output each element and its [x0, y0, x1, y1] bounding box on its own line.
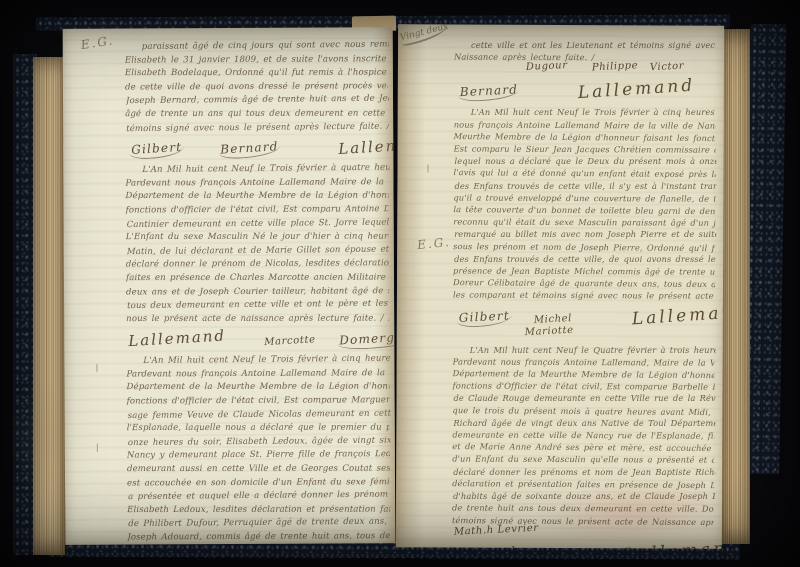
page-edge-stack-left — [33, 57, 65, 555]
handwritten-line: et de Marie Anne André ses père et mère,… — [452, 440, 714, 454]
signature-domergues: Domergues — [337, 329, 395, 351]
register-photograph: E.G. paraissant âgé de cinq jours qui so… — [0, 0, 800, 567]
handwritten-line: L'An Mil huit cent Neuf le Trois février… — [127, 353, 390, 369]
signature-philippe: Philippe — [589, 60, 640, 75]
handwritten-line: déclaré donner le prénom de Nicolas, les… — [126, 257, 389, 272]
left-page-content: paraissant âgé de cinq jours qui sont av… — [63, 27, 396, 545]
handwritten-line: Elisabeth Bodelaque, Ordonné qu'il fut r… — [125, 67, 388, 81]
handwritten-line: de Claude Rouge demeurante en cette Vill… — [454, 393, 716, 405]
handwritten-line: L'An Mil huit cent Neuf le Trois février… — [126, 162, 389, 178]
signature-gilbert: Gilbert — [129, 140, 185, 160]
handwritten-line: âgé de trente un ans qui tous deux demeu… — [125, 108, 388, 122]
handwritten-line: Matin, de lui déclarant et de Marie Gill… — [127, 243, 390, 259]
signature-bernard: Bernard — [218, 139, 281, 160]
handwritten-line: que le trois du présent mois à quatre he… — [452, 404, 714, 418]
signature-row: Dugour Philippe Victor — [524, 61, 716, 75]
handwritten-line: fonctions d'officier de l'état civil, Es… — [127, 394, 390, 409]
signature-lallemand: Lallemand — [126, 327, 229, 353]
act-paragraph: L'An Mil huit cent Neuf le Trois février… — [126, 353, 390, 544]
handwritten-line: l'avis qui lui a été donné qu'un enfant … — [453, 166, 715, 180]
signature-row: Gilbert Michel Lallemand — [457, 304, 715, 327]
signature-bernard: Bernard — [457, 83, 520, 103]
handwritten-line: a présentée et auquel elle a déclaré don… — [128, 489, 391, 505]
handwritten-line: L'An Mil huit cent Neuf le Quatre févrie… — [454, 344, 716, 356]
act-paragraph: L'An Mil huit cent Neuf le Trois février… — [453, 106, 716, 302]
signature-row: Bernard Henrion Lallemand — [456, 540, 714, 548]
handwritten-line: les comparant et témoins signé avec nous… — [453, 289, 715, 302]
handwritten-line: sous les prénom et nom de Joseph Pierre,… — [453, 240, 715, 254]
handwritten-line: Doreur Célibataire âgé de quarante deux … — [453, 276, 715, 290]
act-paragraph: paraissant âgé de cinq jours qui sont av… — [125, 39, 388, 136]
handwritten-line: des Enfans trouvés de cette ville, de qu… — [454, 253, 716, 265]
handwritten-line: Nancy y demeurant place St. Pierre fille… — [127, 449, 390, 464]
handwritten-line: témoins signé avec nous le présent après… — [126, 120, 389, 136]
handwritten-line: Département de la Meurthe Membre de la L… — [126, 190, 389, 204]
handwritten-line: demeurant aussi en cette Ville et de Geo… — [127, 463, 390, 477]
right-page: Vingt deux E.G. cette ville et ont les L… — [396, 24, 724, 548]
signature-row: Bernard Lallemand — [458, 79, 716, 102]
handwritten-line: déclaré donner les prénoms et nom de Jea… — [453, 466, 715, 478]
handwritten-line: nous le présent acte de naissance après … — [126, 312, 389, 326]
signature-lallemand: Lallemand — [576, 76, 699, 106]
signature-lallemand: Lallemand — [336, 134, 395, 160]
handwritten-line: faites en présence de Charles Marcotte a… — [126, 272, 389, 286]
signature-marcotte: Marcotte — [262, 334, 318, 350]
handwritten-line: cette ville et ont les Lieutenant et tém… — [455, 39, 717, 51]
handwritten-line: paraissant âgé de cinq jours qui sont av… — [126, 39, 389, 55]
signature-mariotte: Mariotte — [523, 324, 577, 340]
handwritten-line: d'un Enfant du sexe Masculin qu'elle nou… — [452, 453, 714, 466]
handwritten-line: L'An Mil huit cent Neuf le Trois février… — [455, 107, 717, 119]
handwritten-line: Elisabeth le 31 janvier 1809, et de suit… — [125, 53, 388, 68]
handwritten-line: L'Enfant du sexe Masculin Né le jour d'h… — [126, 231, 389, 245]
handwritten-line: tous deux demeurant en cette ville et on… — [127, 298, 390, 314]
handwritten-line: l'Esplanade, laquelle nous a déclaré que… — [127, 422, 390, 436]
right-page-content: cette ville et ont les Lieutenant et tém… — [396, 24, 724, 548]
handwritten-line: déclaration et présentation faites en pr… — [452, 477, 714, 491]
handwritten-line: Est comparu le Sieur Jean Jacques Chréti… — [454, 143, 716, 156]
signature-dugour: Dugour — [524, 60, 570, 75]
handwritten-line: de trente huit ans tous deux demeurant e… — [452, 502, 714, 515]
handwritten-line: Joseph Adouard, commis âgé de trente hui… — [127, 530, 390, 545]
act-paragraph: L'An Mil huit cent Neuf le Quatre févrie… — [452, 343, 715, 527]
handwritten-line: des Enfans trouvés de cette ville, il s'… — [454, 180, 716, 192]
signature-lallemand: Lallemand — [621, 537, 724, 548]
left-page: E.G. paraissant âgé de cinq jours qui so… — [63, 27, 396, 545]
handwritten-line: Pardevant nous françois Antoine Lalleman… — [125, 176, 388, 191]
signature-row: Lallemand Marcotte Domergues — [126, 328, 389, 349]
handwritten-line: fonctions d'officier de l'état civil, Es… — [126, 203, 389, 218]
signature-gilbert: Gilbert — [456, 308, 512, 328]
page-edge-stack-right — [721, 29, 750, 544]
handwritten-line: remarqué au billet mis avec nom Joseph P… — [454, 229, 716, 241]
handwritten-line: onze heures du soir, Elisabeth Ledoux, â… — [128, 434, 391, 450]
handwritten-line: la tête couverte d'un bonnet de toilette… — [453, 203, 715, 217]
handwritten-line: Département de la Meurthe Membre de la L… — [127, 381, 390, 395]
handwritten-line: Richard âgée de vingt deux ans Native de… — [453, 417, 715, 429]
handwritten-line: Département de la Meurthe Membre de la L… — [453, 367, 715, 381]
signature-row: Gilbert Bernard Lallemand — [129, 137, 388, 158]
handwritten-line: d'habits âgé de soixante douze ans, et d… — [453, 490, 715, 502]
handwritten-line: Joseph Bernard, commis âgé de trente hui… — [126, 93, 389, 109]
act-paragraph: L'An Mil huit cent Neuf le Trois février… — [125, 162, 389, 326]
signature-victor: Victor — [648, 61, 687, 76]
handwritten-line: Meurthe Membre de la Légion d'honneur fa… — [454, 130, 716, 144]
